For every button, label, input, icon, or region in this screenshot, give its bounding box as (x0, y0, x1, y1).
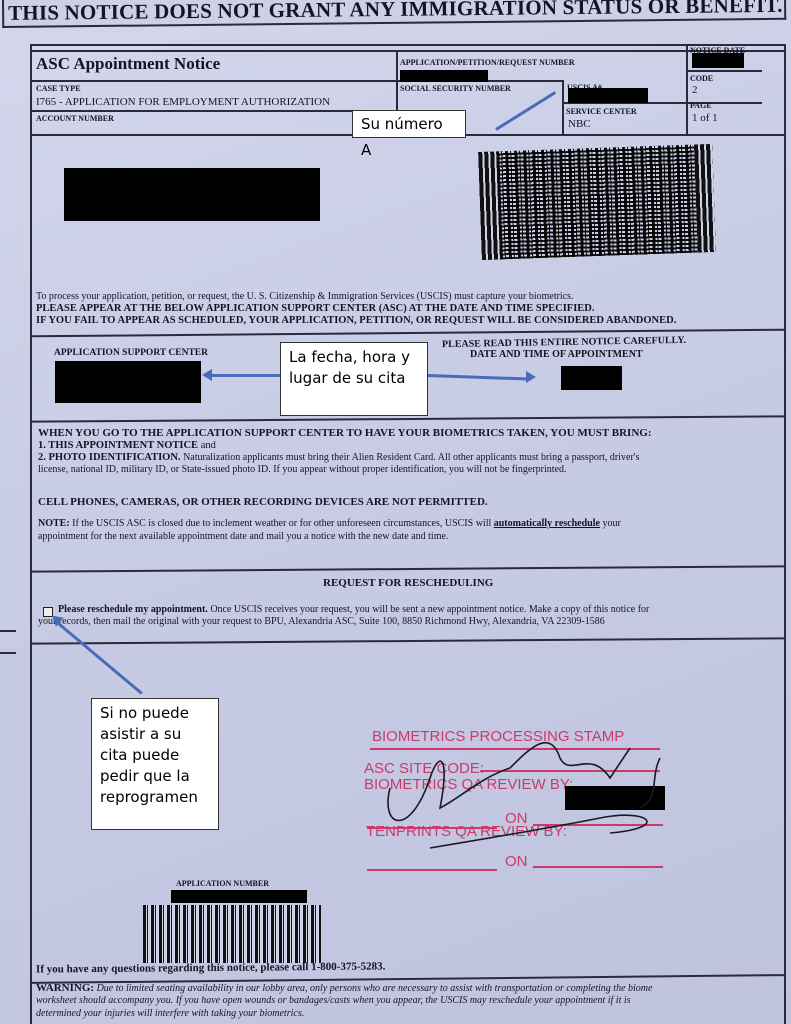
pdf417-barcode (478, 144, 716, 260)
stamp-line (533, 866, 663, 868)
callout-line: reprogramen (100, 787, 210, 808)
reschedule-mail-address: your records, then mail the original wit… (38, 616, 605, 627)
reschedule-checkbox-label: Please reschedule my appointment. (58, 604, 208, 615)
receipt-number-label: APPLICATION/PETITION/REQUEST NUMBER (400, 58, 575, 67)
page-value: 1 of 1 (692, 112, 718, 124)
account-number-label: ACCOUNT NUMBER (36, 114, 114, 123)
redacted-a-number (568, 88, 648, 103)
stamp-line (367, 869, 497, 871)
bring-item-2-title: 2. PHOTO IDENTIFICATION. (38, 452, 181, 463)
warning-text: WARNING: Due to limited seating availabi… (36, 982, 652, 994)
ssn-label: SOCIAL SECURITY NUMBER (400, 84, 511, 93)
note-text-end: your (600, 518, 621, 529)
redacted-application-number (171, 890, 307, 903)
redacted-mailing-address (64, 168, 320, 221)
application-barcode (143, 905, 321, 963)
redacted-receipt-number (400, 70, 488, 82)
divider (686, 46, 688, 134)
bring-item-2-continued: license, national ID, military ID, or St… (38, 464, 566, 475)
warning-label: WARNING: (36, 982, 94, 994)
divider (562, 80, 564, 134)
note-label: NOTE: (38, 518, 70, 529)
bring-item-2: 2. PHOTO IDENTIFICATION. Naturalization … (38, 452, 640, 463)
bring-heading: WHEN YOU GO TO THE APPLICATION SUPPORT C… (38, 427, 652, 439)
arrowhead-left (202, 369, 212, 381)
callout-appointment-details: La fecha, hora y lugar de su cita (280, 342, 428, 416)
signature (370, 718, 680, 858)
scan-mark (0, 630, 16, 632)
bring-item-2-rest: Naturalization applicants must bring the… (181, 452, 640, 463)
reschedule-text: Please reschedule my appointment. Once U… (58, 604, 649, 615)
callout-line: La fecha, hora y (289, 347, 419, 368)
divider (686, 70, 762, 72)
case-type-value: I765 - APPLICATION FOR EMPLOYMENT AUTHOR… (36, 96, 330, 108)
bring-item-1: 1. THIS APPOINTMENT NOTICE and (38, 440, 216, 451)
disclaimer-banner: THIS NOTICE DOES NOT GRANT ANY IMMIGRATI… (2, 0, 786, 28)
arrow-to-asc (210, 374, 280, 377)
application-number-label: APPLICATION NUMBER (176, 879, 269, 888)
appear-instruction: PLEASE APPEAR AT THE BELOW APPLICATION S… (36, 303, 595, 314)
note-emphasis: automatically reschedule (494, 518, 600, 529)
callout-line: pedir que la (100, 766, 210, 787)
callout-a-number: Su número A (352, 110, 466, 138)
header-top-border (32, 50, 784, 52)
note-text: If the USCIS ASC is closed due to inclem… (70, 518, 494, 529)
callout-line: cita puede (100, 745, 210, 766)
code-value: 2 (692, 84, 698, 96)
devices-warning: CELL PHONES, CAMERAS, OR OTHER RECORDING… (38, 496, 488, 508)
warning-continued: worksheet should accompany you. If you h… (36, 995, 631, 1006)
callout-line: lugar de su cita (289, 368, 419, 389)
asc-label: APPLICATION SUPPORT CENTER (54, 348, 208, 358)
reschedule-instructions: Once USCIS receives your request, you wi… (208, 604, 650, 615)
arrowhead-right (526, 371, 536, 383)
reschedule-heading: REQUEST FOR RESCHEDULING (323, 577, 493, 589)
warning-body: Due to limited seating availability in o… (94, 983, 652, 994)
abandonment-warning: IF YOU FAIL TO APPEAR AS SCHEDULED, YOUR… (36, 315, 676, 326)
warning-end: determined your injuries will interfere … (36, 1008, 304, 1019)
notice-page: THIS NOTICE DOES NOT GRANT ANY IMMIGRATI… (0, 0, 791, 1024)
code-label: CODE (690, 74, 713, 83)
divider (32, 110, 398, 112)
closure-note: NOTE: If the USCIS ASC is closed due to … (38, 518, 621, 529)
closure-note-continued: appointment for the next available appoi… (38, 531, 448, 542)
redacted-asc-address (55, 361, 201, 403)
callout-line: Si no puede (100, 703, 210, 724)
redacted-notice-date (692, 53, 744, 68)
callout-line: asistir a su (100, 724, 210, 745)
service-center-value: NBC (568, 118, 591, 130)
bring-item-1-title: 1. THIS APPOINTMENT NOTICE (38, 440, 198, 451)
intro-text: To process your application, petition, o… (36, 291, 574, 302)
appointment-datetime-label: DATE AND TIME OF APPOINTMENT (470, 349, 643, 360)
service-center-label: SERVICE CENTER (566, 107, 637, 116)
page-label: PAGE (690, 101, 712, 110)
redacted-appointment-datetime (561, 366, 622, 390)
case-type-label: CASE TYPE (36, 84, 81, 93)
bring-item-1-rest: and (198, 440, 216, 451)
scan-mark (0, 652, 16, 654)
callout-reschedule: Si no puede asistir a su cita puede pedi… (91, 698, 219, 830)
notice-title: ASC Appointment Notice (36, 54, 220, 74)
